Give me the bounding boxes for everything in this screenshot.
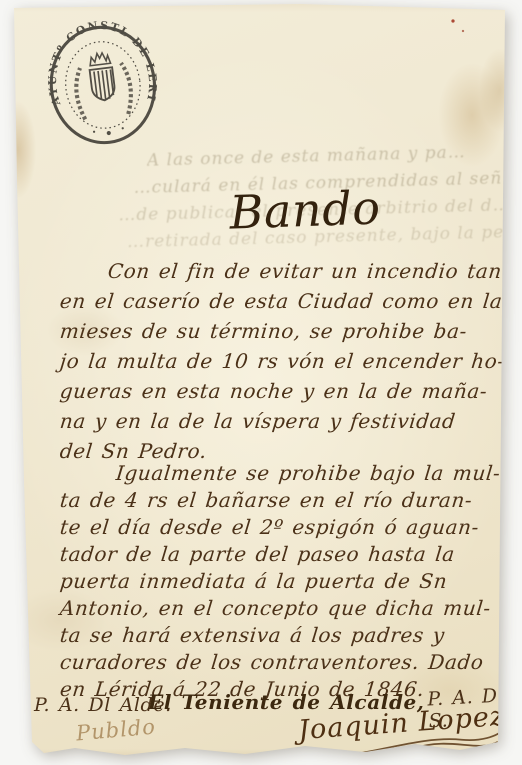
handwritten-line: te el día desde el 2º espigón ó aguan- [59,514,510,541]
handwritten-line: tador de la parte del paseo hasta la [59,541,510,568]
crown-icon [89,52,111,66]
document-title: Bando [159,178,451,242]
handwritten-line: ta de 4 rs el bañarse en el río duran- [59,487,510,514]
handwritten-line: Antonio, en el concepto que dicha mul- [59,595,510,622]
paragraph-fire-ban: Con el fin de evitar un incendio tanto e… [60,256,505,466]
handwritten-line: mieses de su término, se prohibe ba- [58,316,506,346]
handwritten-line: jo la multa de 10 rs vón el encender ho- [58,346,506,376]
paper-shadow-wrap: AYUNTº CONSTL DE LERIDA A las once de es… [0,0,522,765]
handwritten-line: gueras en esta noche y en la de maña- [58,376,506,406]
ayuntamiento-lerida-stamp-icon: AYUNTº CONSTL DE LERIDA [28,12,177,159]
scanned-document: AYUNTº CONSTL DE LERIDA A las once de es… [0,0,522,765]
handwritten-line: curadores de los contraventores. Dado [59,649,510,676]
handwritten-line: Igualmente se prohibe bajo la mul- [59,460,510,487]
paragraph-bathing-ban: Igualmente se prohibe bajo la mul- ta de… [60,460,508,703]
stamp-bottom-dot [106,131,111,136]
handwritten-line: ta se hará extensiva á los padres y [59,622,510,649]
laurel-branch-right [121,62,134,114]
publication-note-signature: Publdo [75,715,157,746]
handwritten-line: Con el fin de evitar un incendio tanto [58,256,506,286]
laurel-branch-left [74,68,87,120]
handwritten-line: en el caserío de esta Ciudad como en las [58,286,506,316]
handwritten-line: na y en la de la víspera y festividad [58,406,506,436]
stamp-dot-right [121,127,124,130]
paper-sheet: AYUNTº CONSTL DE LERIDA A las once de es… [0,0,522,765]
stamp-dot-left [93,130,96,133]
handwritten-line: puerta inmediata á la puerta de Sn [59,568,510,595]
bleedthrough-line: A las once de esta mañana y pa… [147,141,508,177]
